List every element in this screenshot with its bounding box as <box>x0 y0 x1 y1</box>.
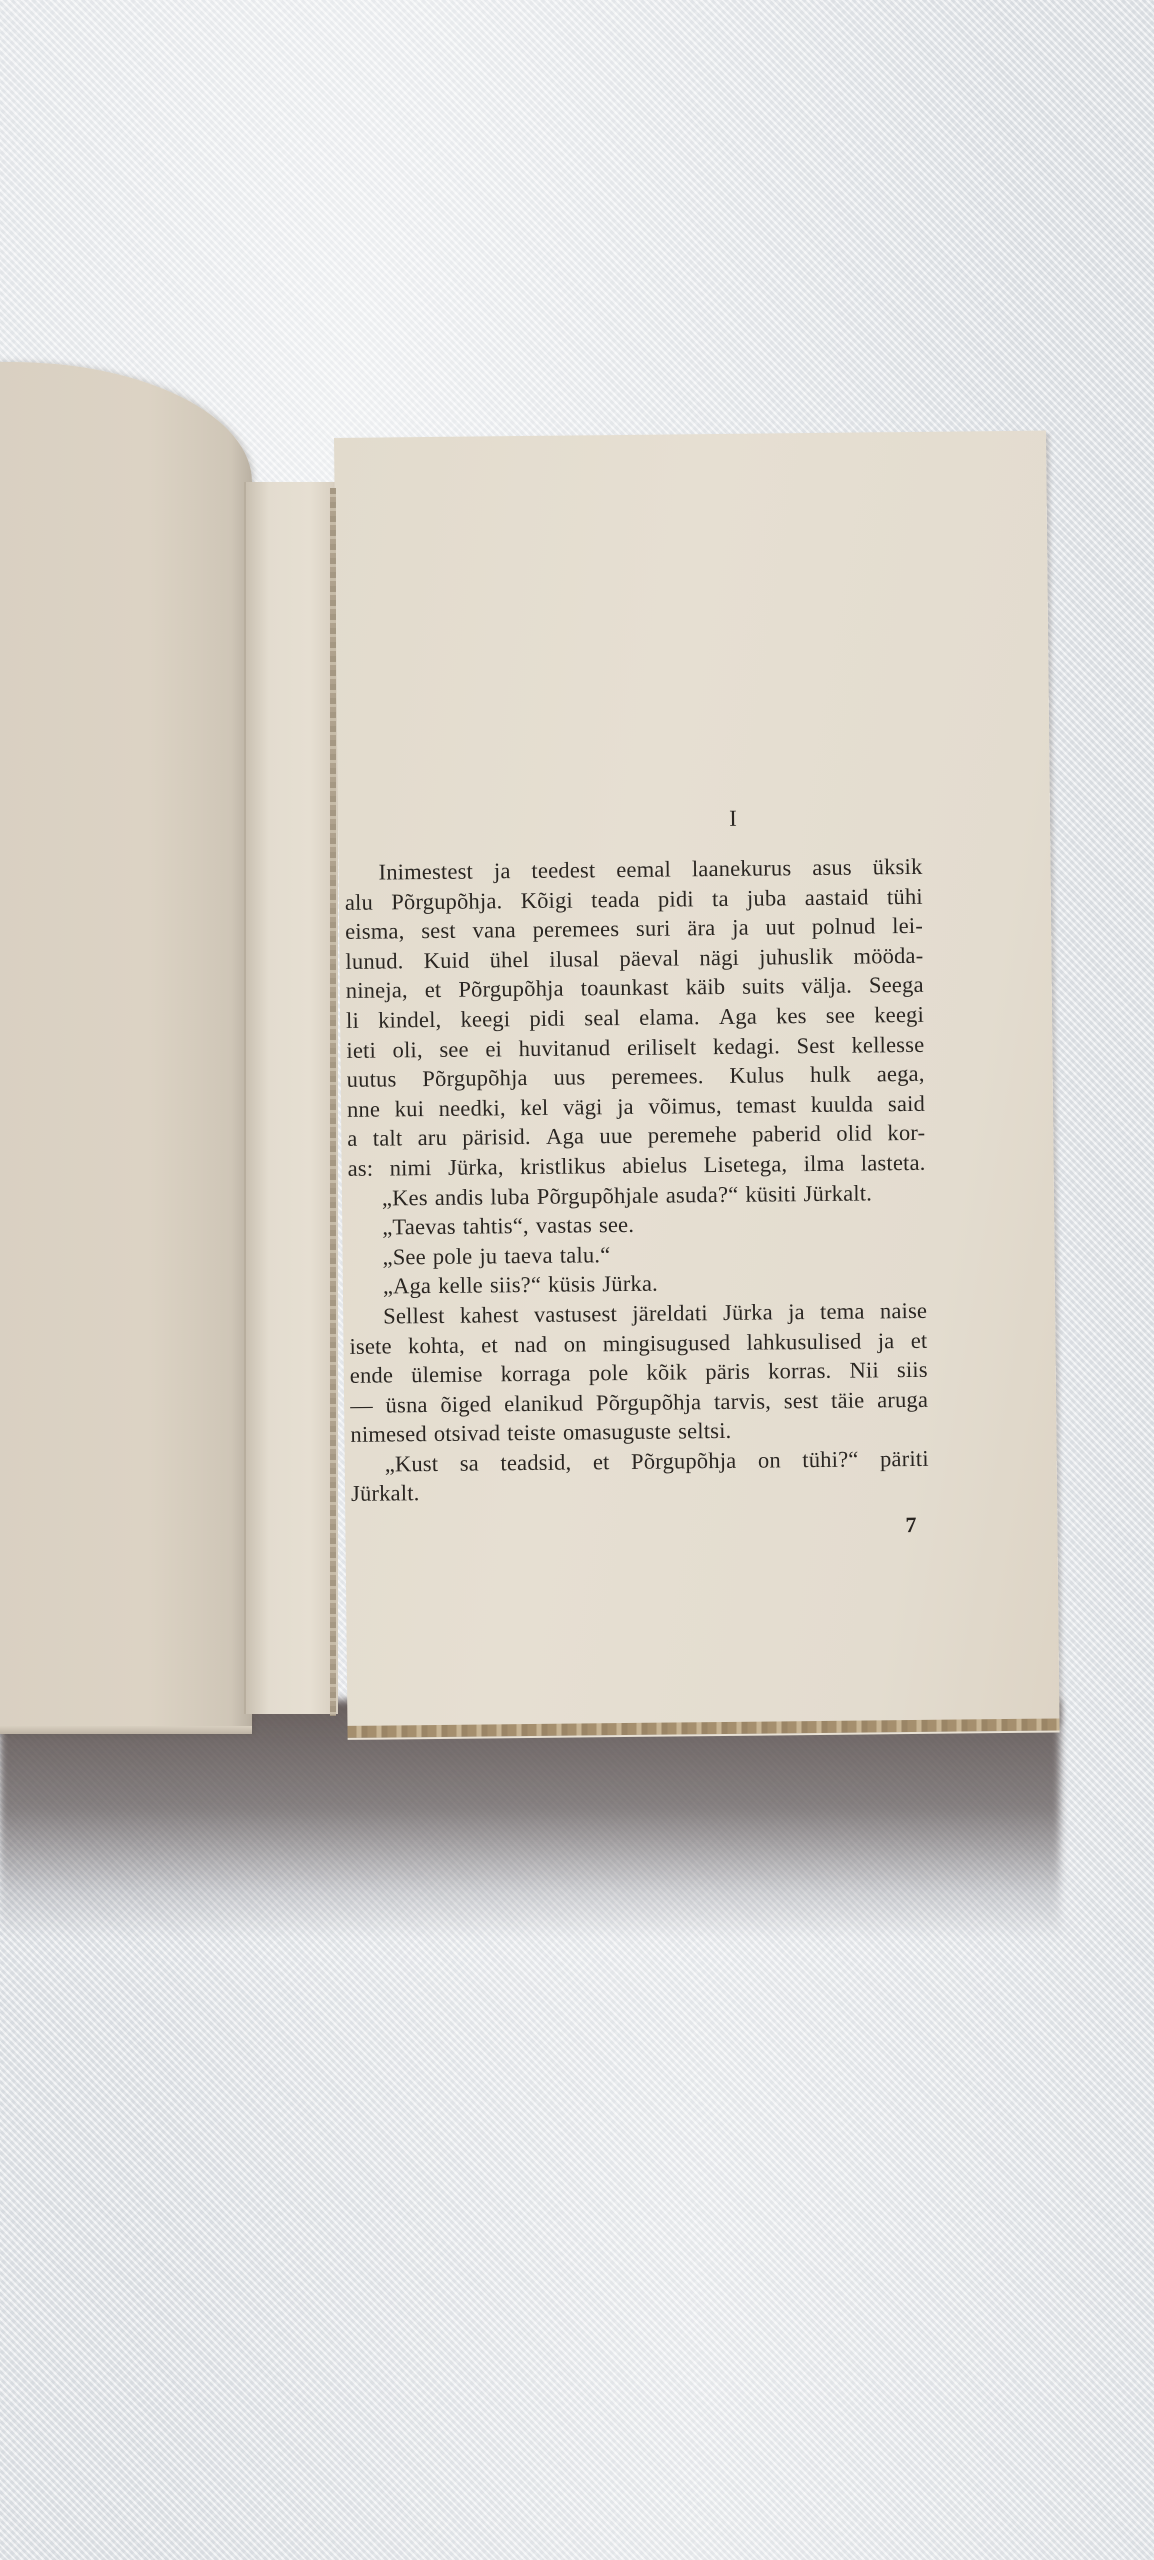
chapter-heading: I <box>338 803 1050 836</box>
torn-page-edge <box>330 488 336 1716</box>
text-line: „Kustsateadsid,etPõrgupõhjaontühi?“pärit… <box>351 1444 929 1480</box>
text-line: eisma,sestvanaperemeessuriärajauutpolnud… <box>345 911 923 947</box>
left-page <box>0 362 252 1734</box>
binding-gutter <box>244 482 338 1714</box>
page-content: I Inimestestjateedesteemallaanekurusasus… <box>334 431 1059 1730</box>
text-line: Jürkalt. <box>351 1473 929 1509</box>
text-line: „KesandislubaPõrgupõhjaleasuda?“küsitiJü… <box>348 1177 926 1213</box>
body-text: Inimestestjateedesteemallaanekurusasusük… <box>344 852 929 1509</box>
page-number: 7 <box>905 1512 916 1538</box>
text-line: —üsnaõigedelanikudPõrgupõhjatarvis,sestt… <box>350 1385 928 1421</box>
text-line: isetekohta,etnadonmingisugusedlahkusulis… <box>349 1325 927 1361</box>
text-line: likindel,keegipidisealelama.Agakesseekee… <box>346 1000 924 1036</box>
right-page: I Inimestestjateedesteemallaanekurusasus… <box>334 431 1059 1730</box>
